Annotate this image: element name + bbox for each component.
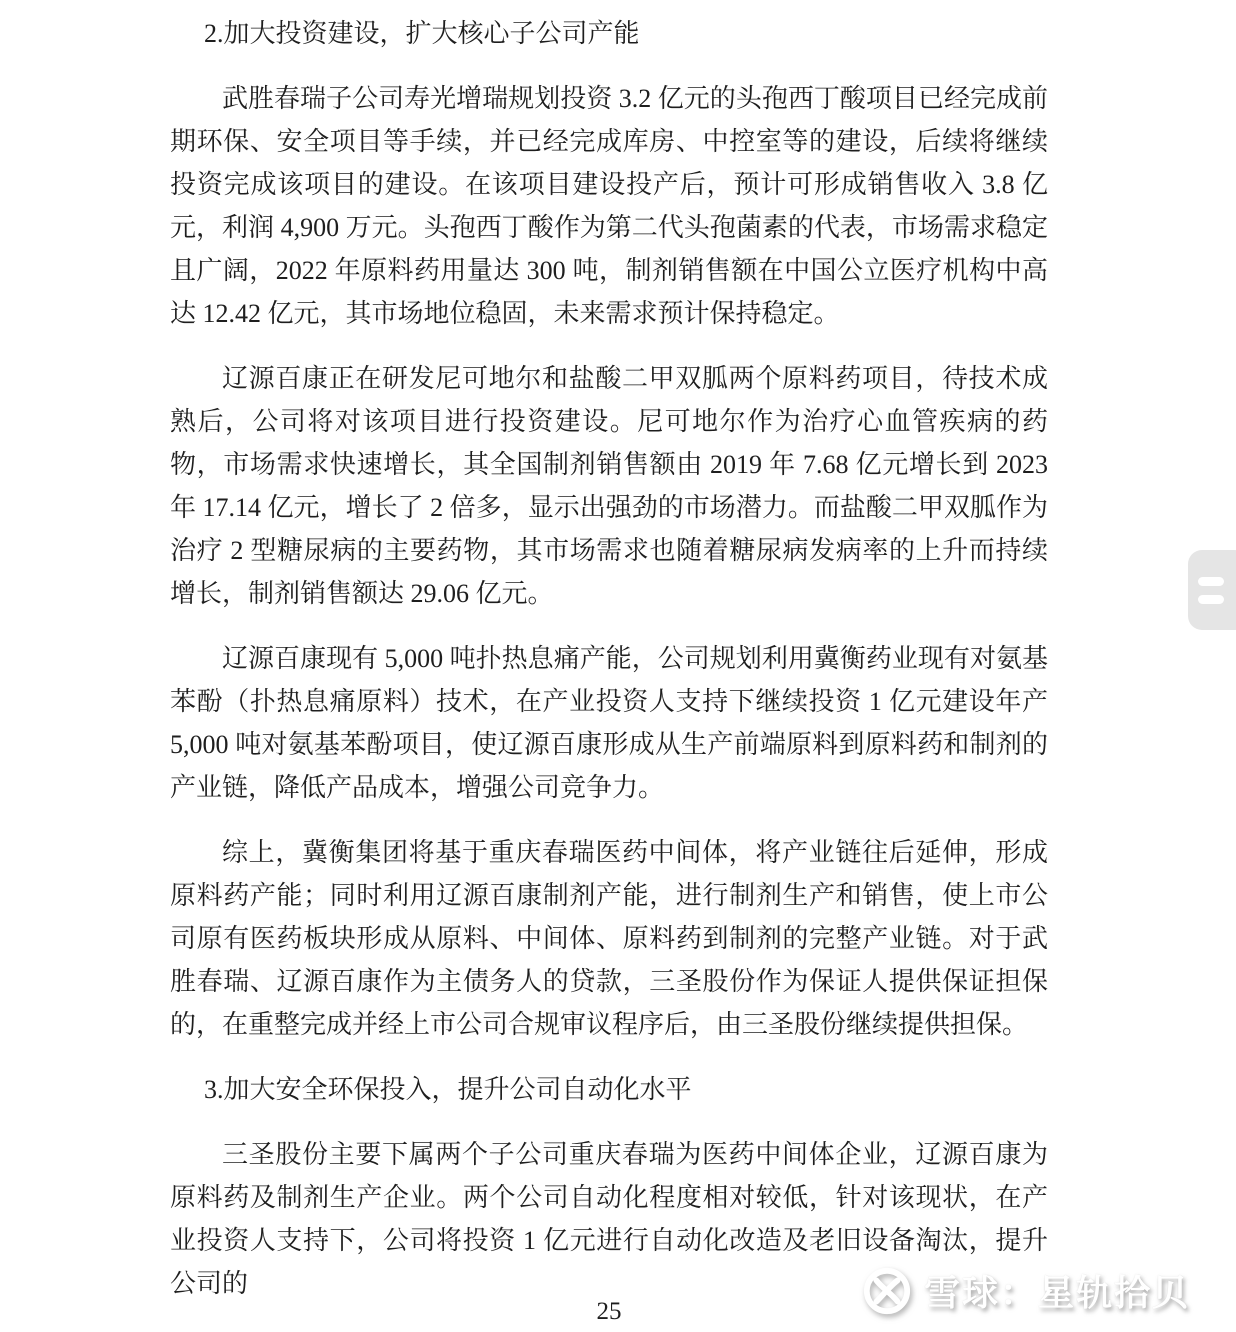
- paragraph: 综上，冀衡集团将基于重庆春瑞医药中间体，将产业链往后延伸，形成原料药产能；同时利…: [170, 831, 1048, 1046]
- xueqiu-logo-icon: [862, 1266, 912, 1316]
- document-page-body: 2.加大投资建设，扩大核心子公司产能 武胜春瑞子公司寿光增瑞规划投资 3.2 亿…: [170, 12, 1048, 1305]
- handle-bar-icon: [1198, 577, 1224, 586]
- section-heading-3: 3.加大安全环保投入，提升公司自动化水平: [204, 1068, 1048, 1111]
- watermark: 雪球：星轨拾贝: [862, 1265, 1190, 1316]
- paragraph: 辽源百康现有 5,000 吨扑热息痛产能，公司规划利用冀衡药业现有对氨基苯酚（扑…: [170, 637, 1048, 809]
- side-drag-handle[interactable]: [1188, 550, 1236, 630]
- paragraph: 武胜春瑞子公司寿光增瑞规划投资 3.2 亿元的头孢西丁酸项目已经完成前期环保、安…: [170, 77, 1048, 335]
- handle-bar-icon: [1198, 595, 1224, 604]
- paragraph: 辽源百康正在研发尼可地尔和盐酸二甲双胍两个原料药项目，待技术成熟后，公司将对该项…: [170, 357, 1048, 615]
- section-heading-2: 2.加大投资建设，扩大核心子公司产能: [204, 12, 1048, 55]
- watermark-label: 雪球：星轨拾贝: [924, 1265, 1190, 1316]
